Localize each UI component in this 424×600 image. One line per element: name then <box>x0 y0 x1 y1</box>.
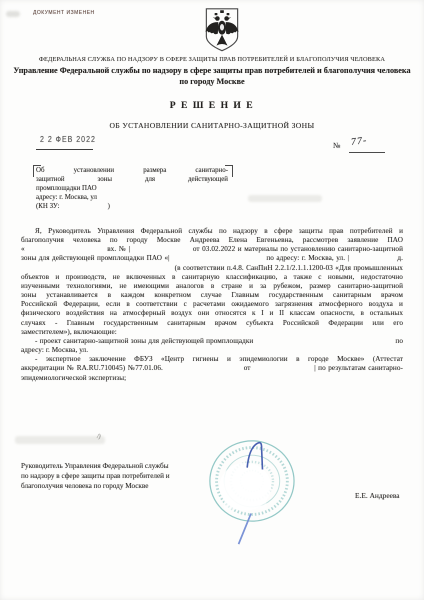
department-name: Управление Федеральной службы по надзору… <box>12 66 412 88</box>
body-line: - экспертное заключение ФБУЗ «Центр гиги… <box>21 355 403 364</box>
agency-name: ФЕДЕРАЛЬНАЯ СЛУЖБА ПО НАДЗОРУ В СФЕРЕ ЗА… <box>0 56 424 63</box>
body-line: благополучия человека по городу Москве А… <box>21 236 403 245</box>
body-line: физического воздействия на атмосферный в… <box>21 309 403 318</box>
number-label: № <box>333 141 340 150</box>
body-line: Я, Руководитель Управления Федеральной с… <box>21 227 403 236</box>
body-line: - проект санитарно-защитной зоны для дей… <box>21 337 403 346</box>
date-stamp: 2 2 ФЕВ 2022 <box>40 136 96 144</box>
body-line: зоны устанавливается в каждом конкретном… <box>21 291 403 300</box>
body-line: аккредитации № RA.RU.710045) №77.01.06. … <box>21 364 403 373</box>
body-line: случаях - Главным государственным санита… <box>21 319 403 328</box>
redaction-mark: /) <box>97 434 101 440</box>
body-line: эпидемиологической экспертизы; <box>21 374 403 383</box>
scan-corner-smudge <box>6 11 20 17</box>
title-block-line: защитной зоны для действующей <box>36 176 228 185</box>
body-line: (в соответствии п.4.8. СанПиН 2.2.1/2.1.… <box>21 264 403 273</box>
title-block-line: промплощадки ПАО <box>36 185 228 194</box>
document-type-title: Р Е Ш Е Н И Е <box>0 100 424 111</box>
body-text: Я, Руководитель Управления Федеральной с… <box>21 227 403 383</box>
body-line: объектов и производств, не включенных в … <box>21 273 403 282</box>
redaction-smudge <box>248 195 322 202</box>
official-seal-stamp <box>203 437 299 547</box>
title-block-line: Об установлении размера санитарно- <box>36 167 228 176</box>
number-underline <box>349 152 385 153</box>
signatory-position-line: по надзору в сфере защиты прав потребите… <box>21 472 191 482</box>
redaction-smudge-footer <box>15 436 105 444</box>
document-subject-title: ОБ УСТАНОВЛЕНИИ САНИТАРНО-ЗАЩИТНОЙ ЗОНЫ <box>0 121 424 130</box>
title-block-line: адресу: г. Москва, ул <box>36 194 228 203</box>
handwritten-number: 77- <box>350 135 368 148</box>
coat-of-arms-russia-icon <box>199 7 245 53</box>
signatory-position-line: Руководитель Управления Федеральной служ… <box>21 462 191 472</box>
body-line: изученными технологиями, не имеющими ана… <box>21 282 403 291</box>
signatory-name: Е.Е. Андреева <box>355 491 400 500</box>
title-block: Об установлении размера санитарно-защитн… <box>36 167 228 212</box>
title-block-line: (КН ЗУ: ) <box>36 203 228 212</box>
date-underline <box>36 149 93 150</box>
signature-slash <box>239 514 251 545</box>
document-page: ДОКУМЕНТ ИЗМЕНЕН ФЕДЕРАЛЬНАЯ СЛУЖБА ПО Н… <box>0 0 424 600</box>
body-line: адресу: г. Москва, ул. <box>21 346 403 355</box>
signatory-position-line: благополучия человека по городу Москве <box>21 482 191 492</box>
body-line: зоны для действующей промплощадки ПАО «|… <box>21 254 403 263</box>
document-changed-stamp: ДОКУМЕНТ ИЗМЕНЕН <box>33 10 95 16</box>
body-line: заместителем»), включающие: <box>21 328 403 337</box>
signatory-position: Руководитель Управления Федеральной служ… <box>21 462 191 492</box>
